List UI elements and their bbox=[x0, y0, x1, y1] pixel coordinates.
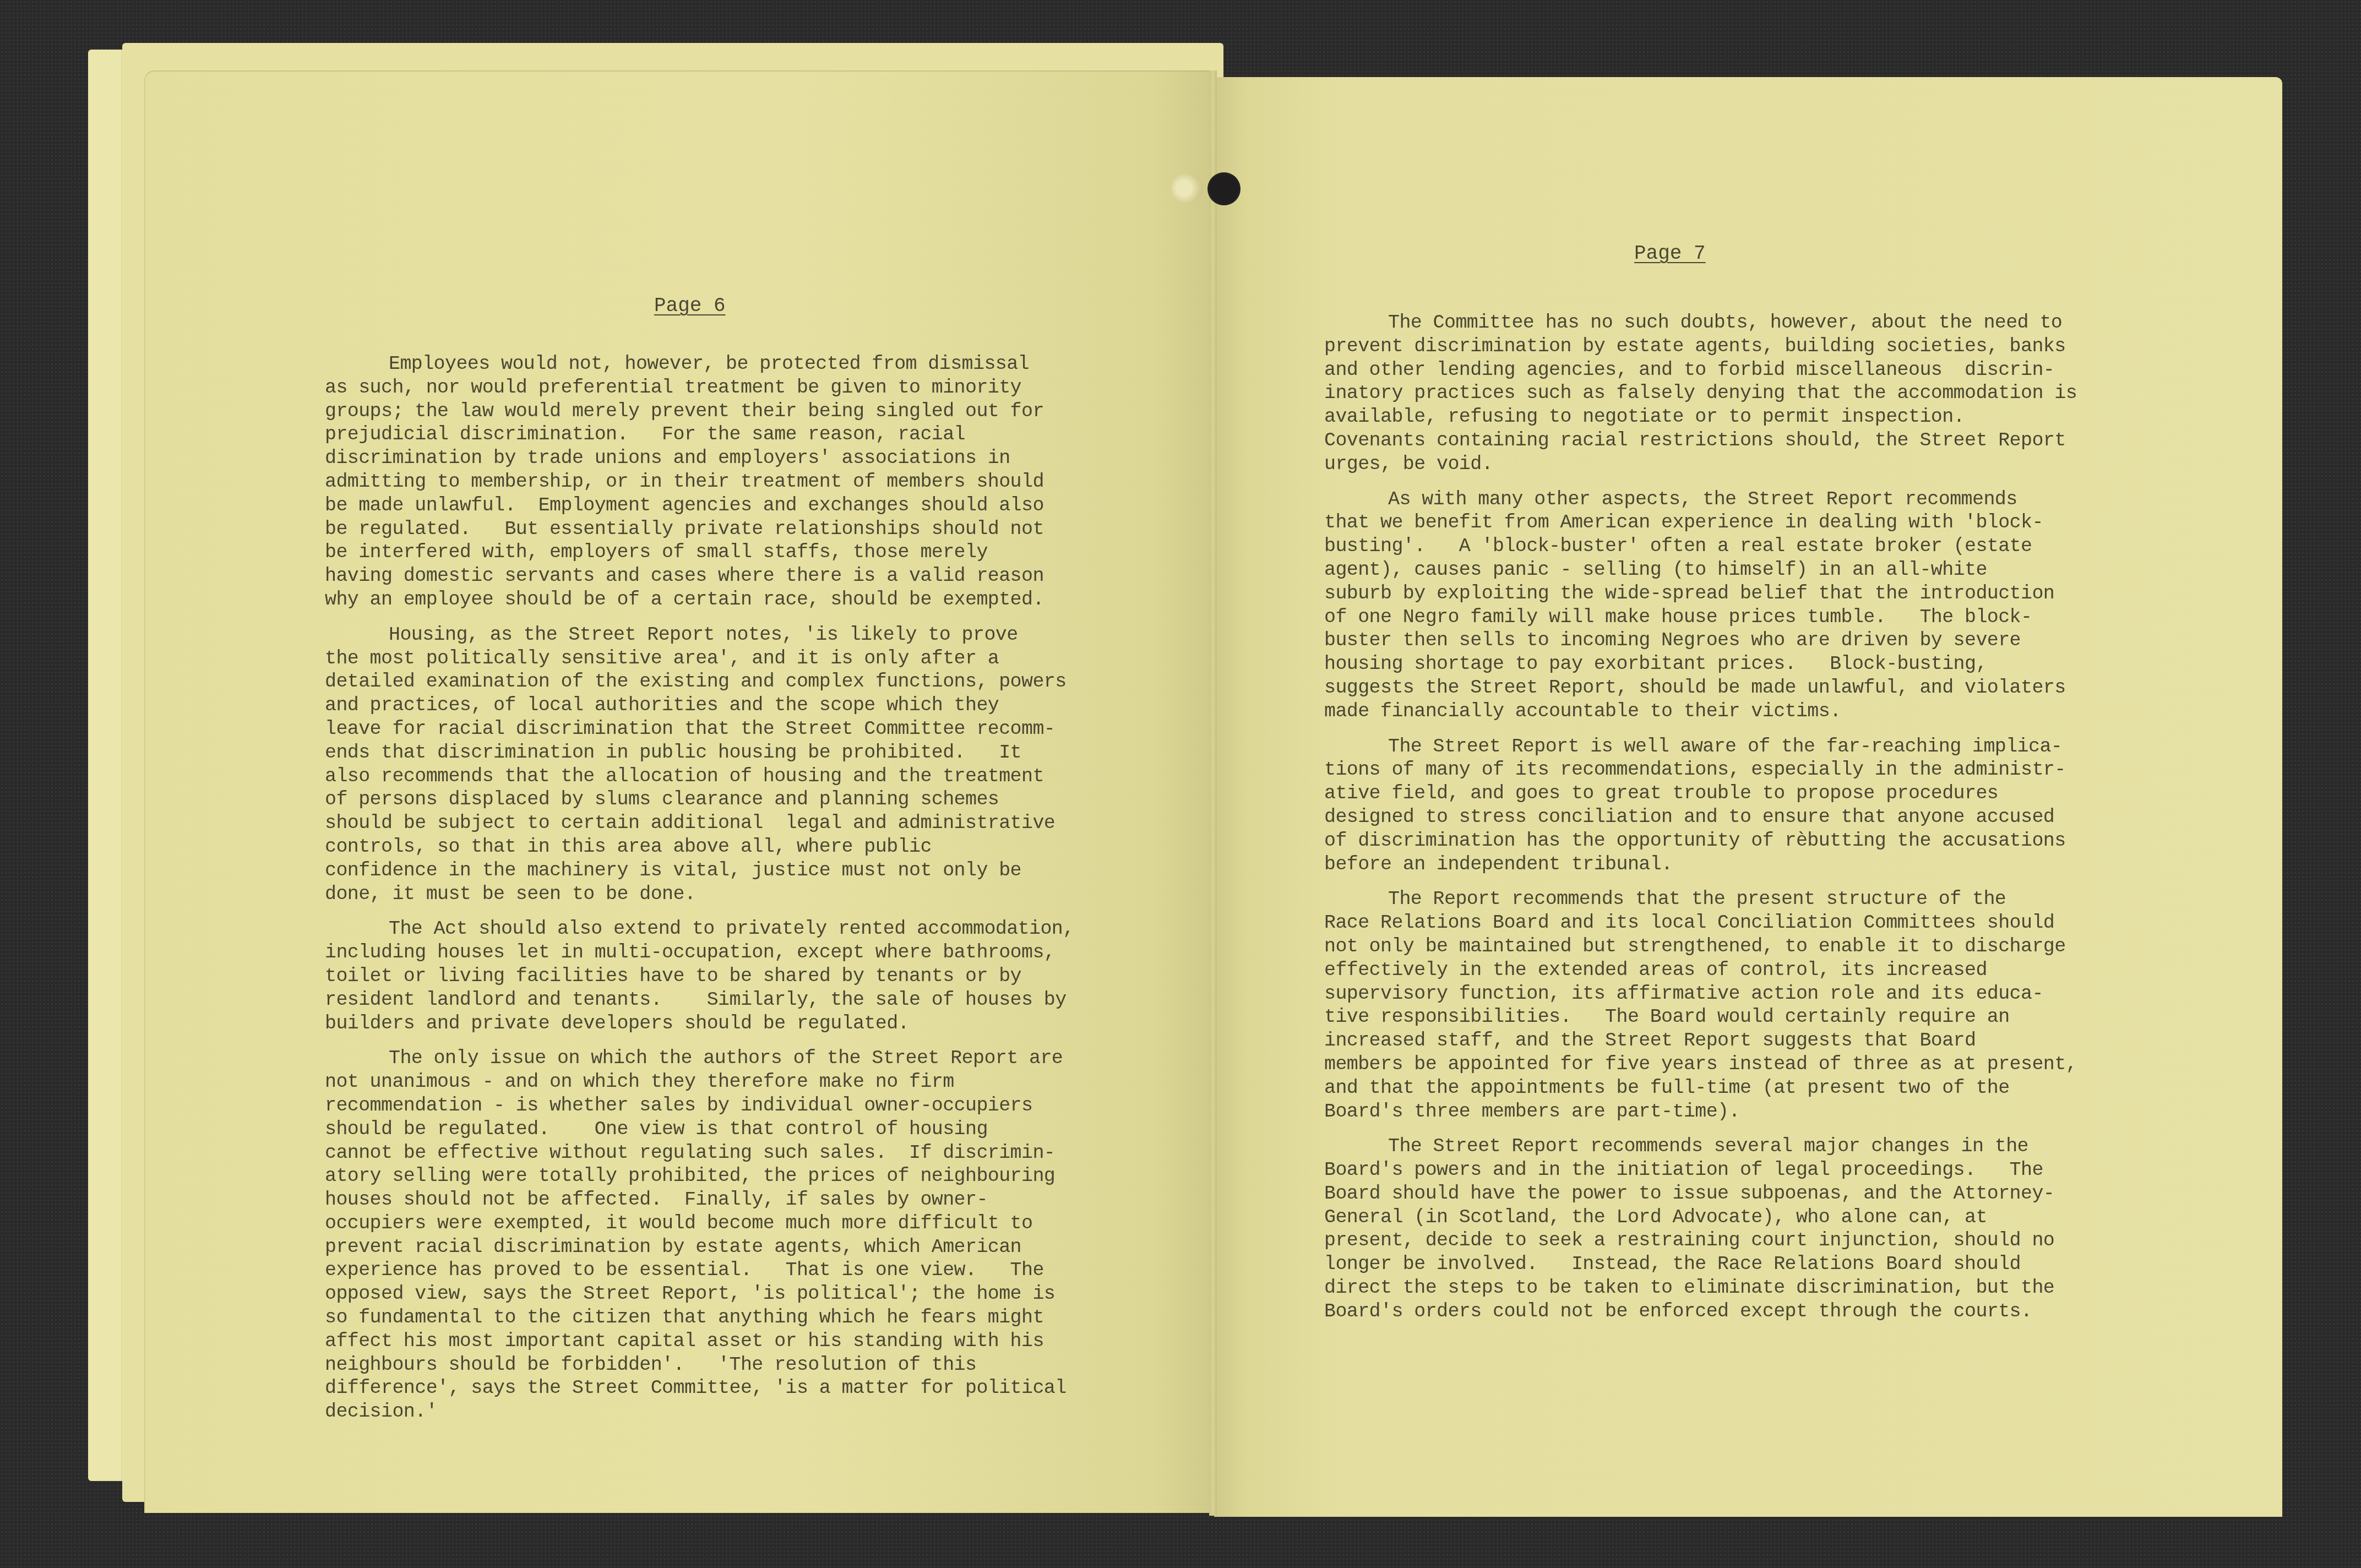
text-line: tions of many of its recommendations, es… bbox=[1324, 758, 2077, 782]
text-line: increased staff, and the Street Report s… bbox=[1324, 1029, 2077, 1053]
paragraph: The only issue on which the authors of t… bbox=[325, 1047, 1074, 1424]
text-line: not only be maintained but strengthened,… bbox=[1324, 935, 2077, 959]
text-line: experience has proved to be essential. T… bbox=[325, 1259, 1074, 1282]
paragraph: The Street Report is well aware of the f… bbox=[1324, 735, 2077, 876]
text-line: busting'. A 'block-buster' often a real … bbox=[1324, 535, 2077, 558]
text-line: supervisory function, its affirmative ac… bbox=[1324, 982, 2077, 1006]
text-line: should be regulated. One view is that co… bbox=[325, 1118, 1074, 1141]
text-line: opposed view, says the Street Report, 'i… bbox=[325, 1282, 1074, 1306]
text-line: be regulated. But essentially private re… bbox=[325, 518, 1074, 541]
text-line: should be subject to certain additional … bbox=[325, 812, 1074, 835]
text-line: Covenants containing racial restrictions… bbox=[1324, 429, 2077, 453]
text-line: of discrimination has the opportunity of… bbox=[1324, 829, 2077, 853]
right-page-body: The Committee has no such doubts, howeve… bbox=[1324, 311, 2077, 1335]
text-line: builders and private developers should b… bbox=[325, 1012, 1074, 1036]
text-line: affect his most important capital asset … bbox=[325, 1330, 1074, 1353]
paragraph: The Committee has no such doubts, howeve… bbox=[1324, 311, 2077, 476]
text-line: neighbours should be forbidden'. 'The re… bbox=[325, 1353, 1074, 1377]
text-line: the most politically sensitive area', an… bbox=[325, 647, 1074, 671]
text-line: of one Negro family will make house pric… bbox=[1324, 606, 2077, 629]
text-line: not unanimous - and on which they theref… bbox=[325, 1070, 1074, 1094]
text-line: General (in Scotland, the Lord Advocate)… bbox=[1324, 1206, 2077, 1229]
text-line: controls, so that in this area above all… bbox=[325, 835, 1074, 859]
text-line: prevent discrimination by estate agents,… bbox=[1324, 335, 2077, 358]
text-line: confidence in the machinery is vital, ju… bbox=[325, 859, 1074, 883]
paragraph: Housing, as the Street Report notes, 'is… bbox=[325, 623, 1074, 906]
text-line: suggests the Street Report, should be ma… bbox=[1324, 676, 2077, 700]
text-line: present, decide to seek a restraining co… bbox=[1324, 1229, 2077, 1253]
text-line: and practices, of local authorities and … bbox=[325, 694, 1074, 717]
text-line: Housing, as the Street Report notes, 'is… bbox=[325, 623, 1074, 647]
text-line: available, refusing to negotiate or to p… bbox=[1324, 405, 2077, 429]
text-line: suburb by exploiting the wide-spread bel… bbox=[1324, 582, 2077, 606]
text-line: and that the appointments be full-time (… bbox=[1324, 1076, 2077, 1100]
text-line: cannot be effective without regulating s… bbox=[325, 1141, 1074, 1165]
text-line: The Street Report is well aware of the f… bbox=[1324, 735, 2077, 759]
paragraph: The Street Report recommends several maj… bbox=[1324, 1135, 2077, 1323]
punch-hole-icon bbox=[1171, 172, 1203, 204]
text-line: of persons displaced by slums clearance … bbox=[325, 788, 1074, 812]
text-line: why an employee should be of a certain r… bbox=[325, 588, 1074, 612]
text-line: and other lending agencies, and to forbi… bbox=[1324, 358, 2077, 382]
text-line: The Act should also extend to privately … bbox=[325, 917, 1074, 941]
text-line: The only issue on which the authors of t… bbox=[325, 1047, 1074, 1070]
text-line: houses should not be affected. Finally, … bbox=[325, 1188, 1074, 1212]
paragraph: As with many other aspects, the Street R… bbox=[1324, 488, 2077, 723]
text-line: inatory practices such as falsely denyin… bbox=[1324, 382, 2077, 405]
text-line: that we benefit from American experience… bbox=[1324, 511, 2077, 535]
text-line: including houses let in multi-occupation… bbox=[325, 941, 1074, 965]
text-line: Employees would not, however, be protect… bbox=[325, 352, 1074, 376]
text-line: difference', says the Street Committee, … bbox=[325, 1376, 1074, 1400]
text-line: done, it must be seen to be done. bbox=[325, 883, 1074, 906]
punch-hole-icon bbox=[1207, 172, 1241, 205]
text-line: decision.' bbox=[325, 1400, 1074, 1424]
text-line: resident landlord and tenants. Similarly… bbox=[325, 988, 1074, 1012]
text-line: The Street Report recommends several maj… bbox=[1324, 1135, 2077, 1158]
text-line: direct the steps to be taken to eliminat… bbox=[1324, 1276, 2077, 1300]
text-line: also recommends that the allocation of h… bbox=[325, 765, 1074, 788]
text-line: as such, nor would preferential treatmen… bbox=[325, 376, 1074, 400]
text-line: designed to stress conciliation and to e… bbox=[1324, 805, 2077, 829]
text-line: prejudicial discrimination. For the same… bbox=[325, 423, 1074, 447]
paragraph: The Act should also extend to privately … bbox=[325, 917, 1074, 1035]
left-page-body: Employees would not, however, be protect… bbox=[325, 352, 1074, 1435]
text-line: before an independent tribunal. bbox=[1324, 853, 2077, 876]
text-line: buster then sells to incoming Negroes wh… bbox=[1324, 629, 2077, 652]
page-heading-right: Page 7 bbox=[1634, 242, 1706, 265]
text-line: The Report recommends that the present s… bbox=[1324, 888, 2077, 911]
text-line: atory selling were totally prohibited, t… bbox=[325, 1164, 1074, 1188]
text-line: detailed examination of the existing and… bbox=[325, 670, 1074, 694]
text-line: Race Relations Board and its local Conci… bbox=[1324, 911, 2077, 935]
text-line: agent), causes panic - selling (to himse… bbox=[1324, 558, 2077, 582]
text-line: effectively in the extended areas of con… bbox=[1324, 959, 2077, 982]
text-line: occupiers were exempted, it would become… bbox=[325, 1212, 1074, 1235]
text-line: prevent racial discrimination by estate … bbox=[325, 1235, 1074, 1259]
text-line: As with many other aspects, the Street R… bbox=[1324, 488, 2077, 511]
text-line: members be appointed for five years inst… bbox=[1324, 1053, 2077, 1076]
text-line: tive responsibilities. The Board would c… bbox=[1324, 1005, 2077, 1029]
text-line: toilet or living facilities have to be s… bbox=[325, 965, 1074, 988]
text-line: having domestic servants and cases where… bbox=[325, 564, 1074, 588]
paragraph: Employees would not, however, be protect… bbox=[325, 352, 1074, 612]
spine-fold bbox=[1209, 70, 1217, 1516]
page-heading-left: Page 6 bbox=[654, 295, 726, 317]
text-line: discrimination by trade unions and emplo… bbox=[325, 447, 1074, 470]
text-line: made financially accountable to their vi… bbox=[1324, 700, 2077, 723]
text-line: be made unlawful. Employment agencies an… bbox=[325, 494, 1074, 518]
text-line: The Committee has no such doubts, howeve… bbox=[1324, 311, 2077, 335]
text-line: admitting to membership, or in their tre… bbox=[325, 470, 1074, 494]
text-line: Board's powers and in the initiation of … bbox=[1324, 1158, 2077, 1182]
text-line: leave for racial discrimination that the… bbox=[325, 717, 1074, 741]
paragraph: The Report recommends that the present s… bbox=[1324, 888, 2077, 1123]
text-line: Board's orders could not be enforced exc… bbox=[1324, 1300, 2077, 1324]
text-line: urges, be void. bbox=[1324, 453, 2077, 476]
text-line: be interfered with, employers of small s… bbox=[325, 541, 1074, 564]
text-line: ative field, and goes to great trouble t… bbox=[1324, 782, 2077, 805]
text-line: housing shortage to pay exorbitant price… bbox=[1324, 652, 2077, 676]
text-line: ends that discrimination in public housi… bbox=[325, 741, 1074, 765]
text-line: Board's three members are part-time). bbox=[1324, 1100, 2077, 1124]
text-line: recommendation - is whether sales by ind… bbox=[325, 1094, 1074, 1118]
text-line: longer be involved. Instead, the Race Re… bbox=[1324, 1253, 2077, 1276]
text-line: so fundamental to the citizen that anyth… bbox=[325, 1306, 1074, 1330]
text-line: Board should have the power to issue sub… bbox=[1324, 1182, 2077, 1206]
text-line: groups; the law would merely prevent the… bbox=[325, 400, 1074, 423]
